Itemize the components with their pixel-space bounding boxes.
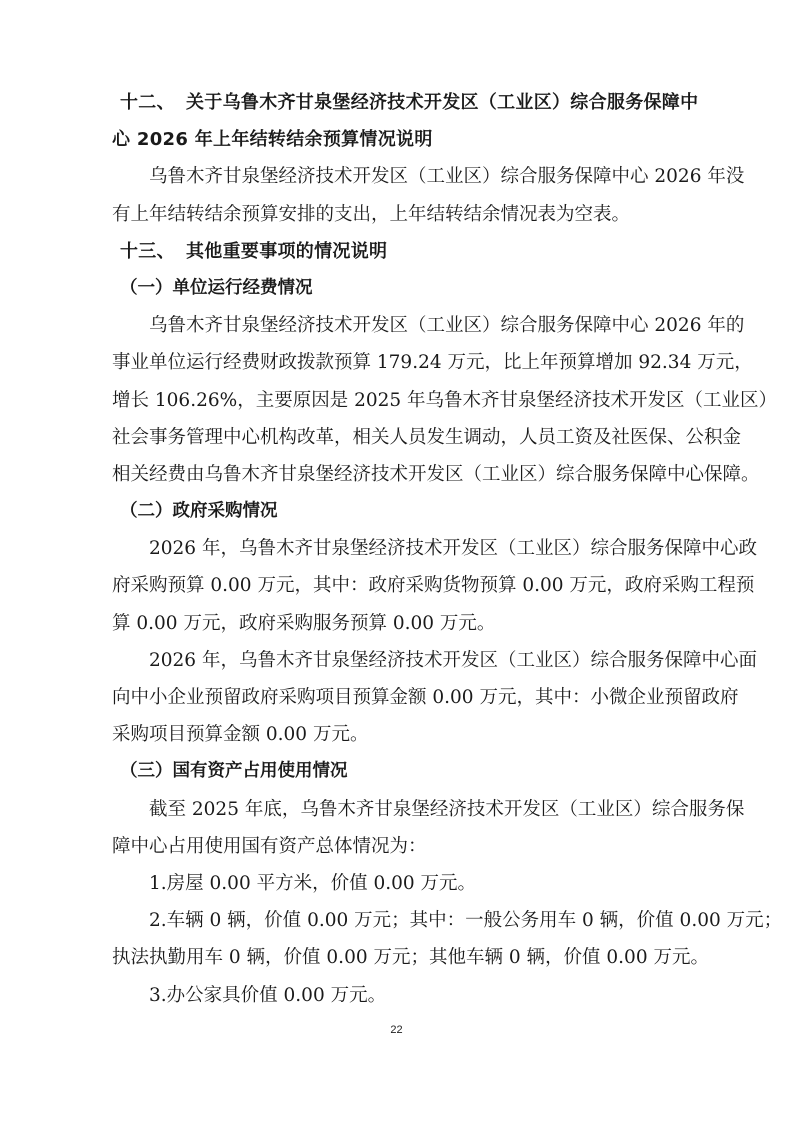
paragraph-line: 2026 年，乌鲁木齐甘泉堡经济技术开发区（工业区）综合服务保障中心面 <box>112 642 708 679</box>
paragraph-line: 截至 2025 年底，乌鲁木齐甘泉堡经济技术开发区（工业区）综合服务保 <box>112 791 708 828</box>
section-number: 十三、 <box>112 233 186 270</box>
paragraph-line: 有上年结转结余预算安排的支出，上年结转结余情况表为空表。 <box>112 196 708 233</box>
section-12-heading: 十二、关于乌鲁木齐甘泉堡经济技术开发区（工业区）综合服务保障中 <box>112 84 708 121</box>
paragraph-line: 算 0.00 万元，政府采购服务预算 0.00 万元。 <box>112 605 708 642</box>
section-13-heading: 十三、其他重要事项的情况说明 <box>112 233 708 270</box>
subsection-2-heading: （二）政府采购情况 <box>112 493 708 530</box>
paragraph-line: 事业单位运行经费财政拨款预算 179.24 万元，比上年预算增加 92.34 万… <box>112 344 708 381</box>
subsection-3-heading: （三）国有资产占用使用情况 <box>112 753 708 790</box>
list-item: 2.车辆 0 辆，价值 0.00 万元；其中：一般公务用车 0 辆，价值 0.0… <box>112 902 708 939</box>
paragraph-line: 府采购预算 0.00 万元，其中：政府采购货物预算 0.00 万元，政府采购工程… <box>112 567 708 604</box>
section-number: 十二、 <box>112 84 186 121</box>
list-item-cont: 执法执勤用车 0 辆，价值 0.00 万元；其他车辆 0 辆，价值 0.00 万… <box>112 939 708 976</box>
section-12-heading-cont: 心 2026 年上年结转结余预算情况说明 <box>112 121 708 158</box>
document-page: 十二、关于乌鲁木齐甘泉堡经济技术开发区（工业区）综合服务保障中 心 2026 年… <box>112 84 708 1014</box>
section-title: 关于乌鲁木齐甘泉堡经济技术开发区（工业区）综合服务保障中 <box>186 92 698 113</box>
paragraph-line: 社会事务管理中心机构改革，相关人员发生调动，人员工资及社医保、公积金 <box>112 419 708 456</box>
paragraph-line: 乌鲁木齐甘泉堡经济技术开发区（工业区）综合服务保障中心 2026 年没 <box>112 158 708 195</box>
list-item: 1.房屋 0.00 平方米，价值 0.00 万元。 <box>112 865 708 902</box>
section-title: 其他重要事项的情况说明 <box>186 241 387 262</box>
paragraph-line: 采购项目预算金额 0.00 万元。 <box>112 716 708 753</box>
paragraph-line: 2026 年，乌鲁木齐甘泉堡经济技术开发区（工业区）综合服务保障中心政 <box>112 530 708 567</box>
paragraph-line: 相关经费由乌鲁木齐甘泉堡经济技术开发区（工业区）综合服务保障中心保障。 <box>112 456 708 493</box>
list-item: 3.办公家具价值 0.00 万元。 <box>112 977 708 1014</box>
page-number: 22 <box>0 1024 793 1036</box>
paragraph-line: 增长 106.26%，主要原因是 2025 年乌鲁木齐甘泉堡经济技术开发区（工业… <box>112 382 708 419</box>
paragraph-line: 障中心占用使用国有资产总体情况为： <box>112 828 708 865</box>
subsection-1-heading: （一）单位运行经费情况 <box>112 270 708 307</box>
paragraph-line: 向中小企业预留政府采购项目预算金额 0.00 万元，其中：小微企业预留政府 <box>112 679 708 716</box>
paragraph-line: 乌鲁木齐甘泉堡经济技术开发区（工业区）综合服务保障中心 2026 年的 <box>112 307 708 344</box>
